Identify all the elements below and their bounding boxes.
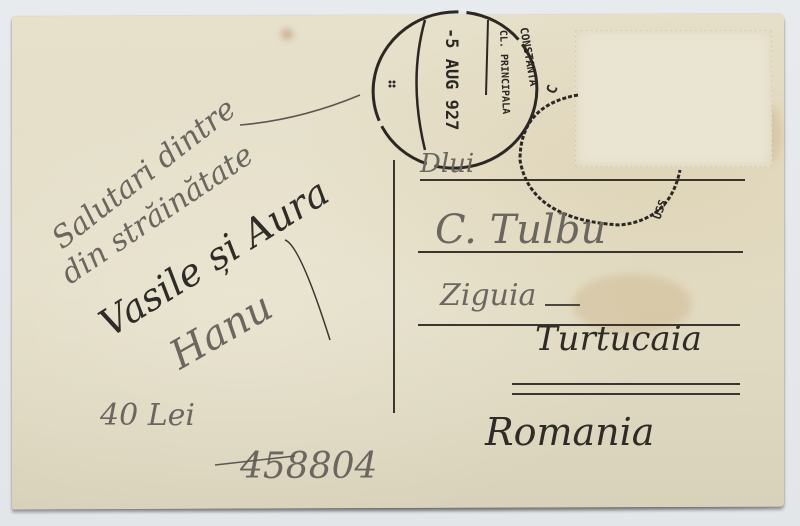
divider-line (393, 160, 395, 413)
address-line-4b (512, 393, 740, 395)
address-line-4a (512, 383, 740, 385)
rust-spot (282, 30, 292, 38)
address-line-1 (420, 179, 745, 181)
address-line-2 (418, 251, 743, 253)
address-line-3 (418, 324, 740, 326)
stamp-area (575, 30, 772, 167)
